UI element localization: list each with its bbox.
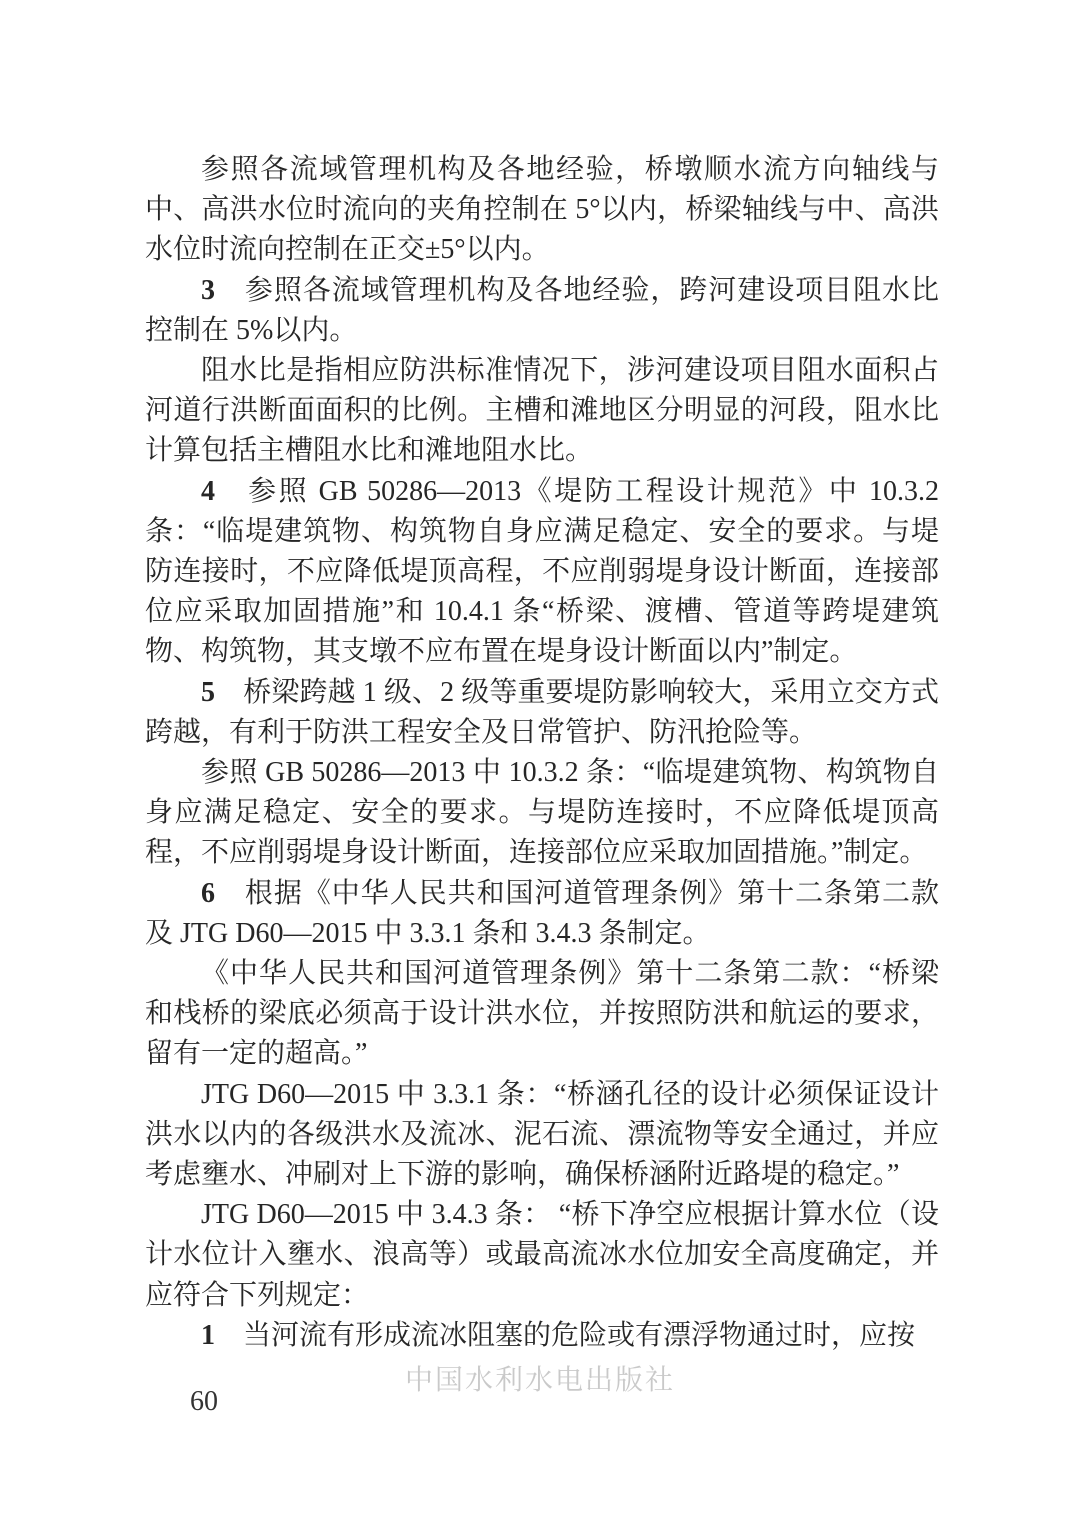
- body-paragraph: JTG D60—2015 中 3.4.3 条： “桥下净空应根据计算水位（设计水…: [145, 1195, 939, 1316]
- body-paragraph: JTG D60—2015 中 3.3.1 条：“桥涵孔径的设计必须保证设计洪水以…: [145, 1075, 939, 1196]
- clause-paragraph: 1 当河流有形成流冰阻塞的危险或有漂浮物通过时，应按: [145, 1316, 939, 1356]
- clause-paragraph: 6 根据《中华人民共和国河道管理条例》第十二条第二款及 JTG D60—2015…: [145, 874, 939, 954]
- clause-paragraph: 4 参照 GB 50286—2013《堤防工程设计规范》中 10.3.2 条：“…: [145, 472, 939, 673]
- page-number: 60: [190, 1386, 218, 1418]
- clause-paragraph: 3 参照各流域管理机构及各地经验，跨河建设项目阻水比控制在 5%以内。: [145, 271, 939, 351]
- clause-number: 6: [201, 878, 215, 909]
- document-page: 参照各流域管理机构及各地经验，桥墩顺水流方向轴线与中、高洪水位时流向的夹角控制在…: [0, 0, 1080, 1527]
- body-paragraph: 《中华人民共和国河道管理条例》第十二条第二款：“桥梁和栈桥的梁底必须高于设计洪水…: [145, 954, 939, 1075]
- clause-number: 3: [201, 275, 215, 306]
- body-paragraph: 阻水比是指相应防洪标准情况下，涉河建设项目阻水面积占河道行洪断面面积的比例。主槽…: [145, 351, 939, 472]
- clause-number: 1: [201, 1320, 215, 1351]
- clause-number: 5: [201, 677, 215, 708]
- clause-paragraph: 5 桥梁跨越 1 级、2 级等重要堤防影响较大，采用立交方式跨越，有利于防洪工程…: [145, 673, 939, 753]
- page-body: 参照各流域管理机构及各地经验，桥墩顺水流方向轴线与中、高洪水位时流向的夹角控制在…: [145, 150, 939, 1356]
- body-paragraph: 参照各流域管理机构及各地经验，桥墩顺水流方向轴线与中、高洪水位时流向的夹角控制在…: [145, 150, 939, 271]
- publisher-watermark: 中国水利水电出版社: [405, 1358, 675, 1398]
- clause-number: 4: [201, 476, 215, 507]
- body-paragraph: 参照 GB 50286—2013 中 10.3.2 条：“临堤建筑物、构筑物自身…: [145, 753, 939, 874]
